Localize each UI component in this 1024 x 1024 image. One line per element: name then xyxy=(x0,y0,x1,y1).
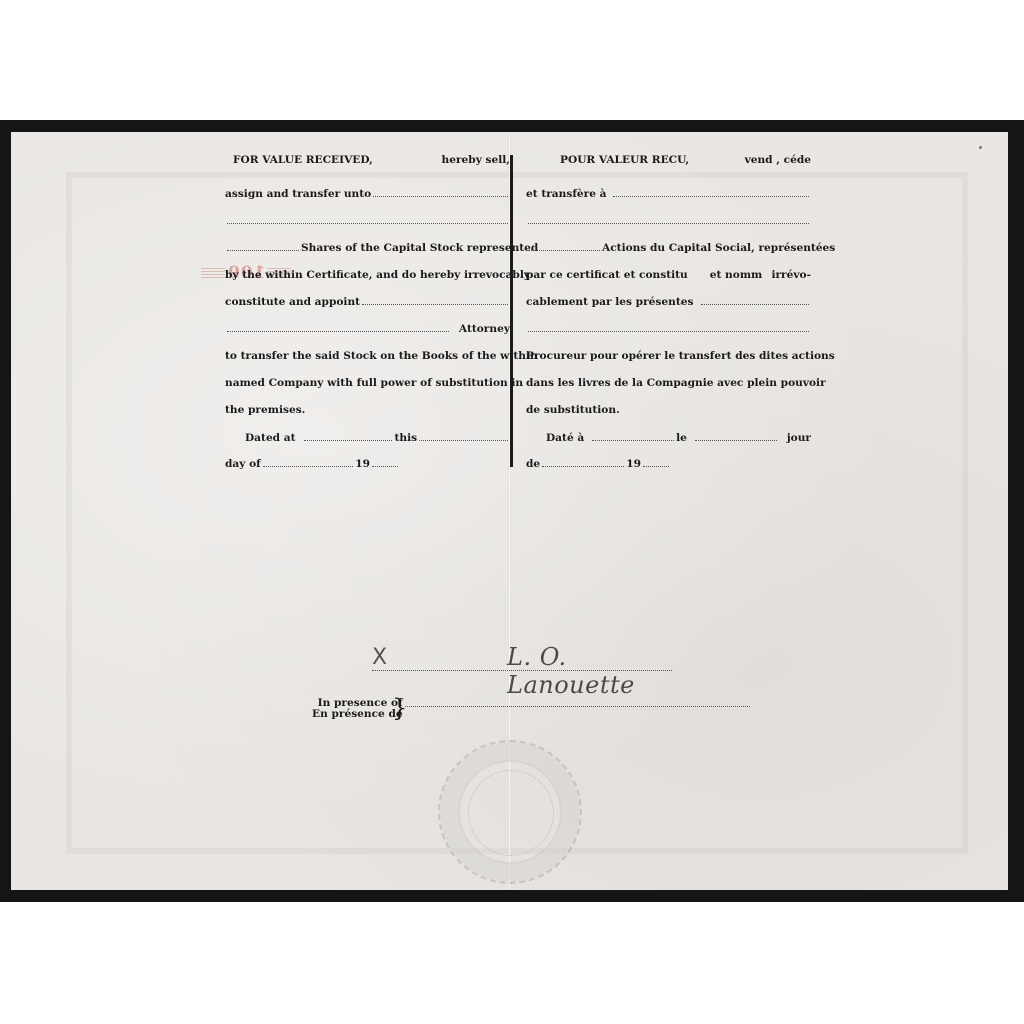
fr-de-line: de 19 xyxy=(526,456,671,470)
month-field[interactable] xyxy=(263,465,354,467)
fr-transferee-field[interactable] xyxy=(613,195,810,197)
fr-heading-right: vend , céde xyxy=(745,154,811,166)
column-divider xyxy=(510,155,513,467)
fr-transfer-line: et transfère à xyxy=(526,186,811,200)
fr-heading-line: POUR VALEUR RECU, vend , céde xyxy=(526,152,811,166)
witness-label: In presence of En présence de xyxy=(312,698,403,720)
dated-day-field[interactable] xyxy=(419,439,508,441)
en-text-line-9: named Company with full power of substit… xyxy=(225,375,510,389)
fr-actions-line: Actions du Capital Social, représentées xyxy=(526,240,811,254)
en-day-of-line: day of 19 xyxy=(225,456,400,470)
en-appoint-line: constitute and appoint xyxy=(225,294,510,308)
fr-appointee-field[interactable] xyxy=(701,303,809,305)
fr-heading: POUR VALEUR RECU, xyxy=(560,154,689,166)
transferee-field-2[interactable] xyxy=(227,222,508,224)
fr-month-field[interactable] xyxy=(542,465,624,467)
en-heading: FOR VALUE RECEIVED, xyxy=(233,154,373,166)
fr-date-place-field[interactable] xyxy=(592,439,674,441)
fr-text-line-10: de substitution. xyxy=(526,402,811,416)
en-attorney-line: Attorney xyxy=(225,321,510,335)
en-assign-line: assign and transfer unto xyxy=(225,186,510,200)
seal-inner-ring xyxy=(468,770,554,856)
fr-blank-line-2 xyxy=(526,321,811,335)
signature-block: X L. O. Lanouette xyxy=(372,645,672,675)
fr-year-field[interactable] xyxy=(643,465,669,467)
signature-mark: X xyxy=(372,645,387,670)
brace-glyph: } xyxy=(392,697,407,719)
hatch-left xyxy=(201,268,225,278)
fr-attorney-field[interactable] xyxy=(528,330,809,332)
en-text-line-10: the premises. xyxy=(225,402,510,416)
fr-transferee-field-2[interactable] xyxy=(528,222,809,224)
fr-blank-line xyxy=(526,213,811,227)
en-heading-line: FOR VALUE RECEIVED, hereby sell, xyxy=(225,152,510,166)
transferee-field[interactable] xyxy=(373,195,508,197)
embossed-seal xyxy=(438,740,582,884)
en-heading-right: hereby sell, xyxy=(442,154,510,166)
fr-date-day-field[interactable] xyxy=(695,439,777,441)
witness-field[interactable] xyxy=(405,706,750,707)
en-text-line-5: by the within Certificate, and do hereby… xyxy=(225,267,510,281)
en-blank-line xyxy=(225,213,510,227)
fr-text-line-9: dans les livres de la Compagnie avec ple… xyxy=(526,375,811,389)
fr-date-line: Daté à le jour xyxy=(526,430,811,444)
attorney-field[interactable] xyxy=(227,330,449,332)
witness-label-fr: En présence de xyxy=(312,709,403,720)
fr-shares-count-field[interactable] xyxy=(528,249,600,251)
en-text-line-8: to transfer the said Stock on the Books … xyxy=(225,348,510,362)
en-dated-line: Dated at this xyxy=(225,430,510,444)
fr-presentes-line: cablement par les présentes xyxy=(526,294,811,308)
paper-speck xyxy=(979,146,982,149)
dated-place-field[interactable] xyxy=(304,439,393,441)
appointee-field[interactable] xyxy=(362,303,508,305)
handwritten-signature: L. O. Lanouette xyxy=(507,643,672,699)
fr-text-line-8: Procureur pour opérer le transfert des d… xyxy=(526,348,811,362)
shares-count-field[interactable] xyxy=(227,249,299,251)
signature-field[interactable] xyxy=(372,670,672,671)
fr-text-line-5: par ce certificat et constitu et nomm ir… xyxy=(526,267,811,281)
en-shares-line: Shares of the Capital Stock represented xyxy=(225,240,510,254)
year-field[interactable] xyxy=(372,465,398,467)
